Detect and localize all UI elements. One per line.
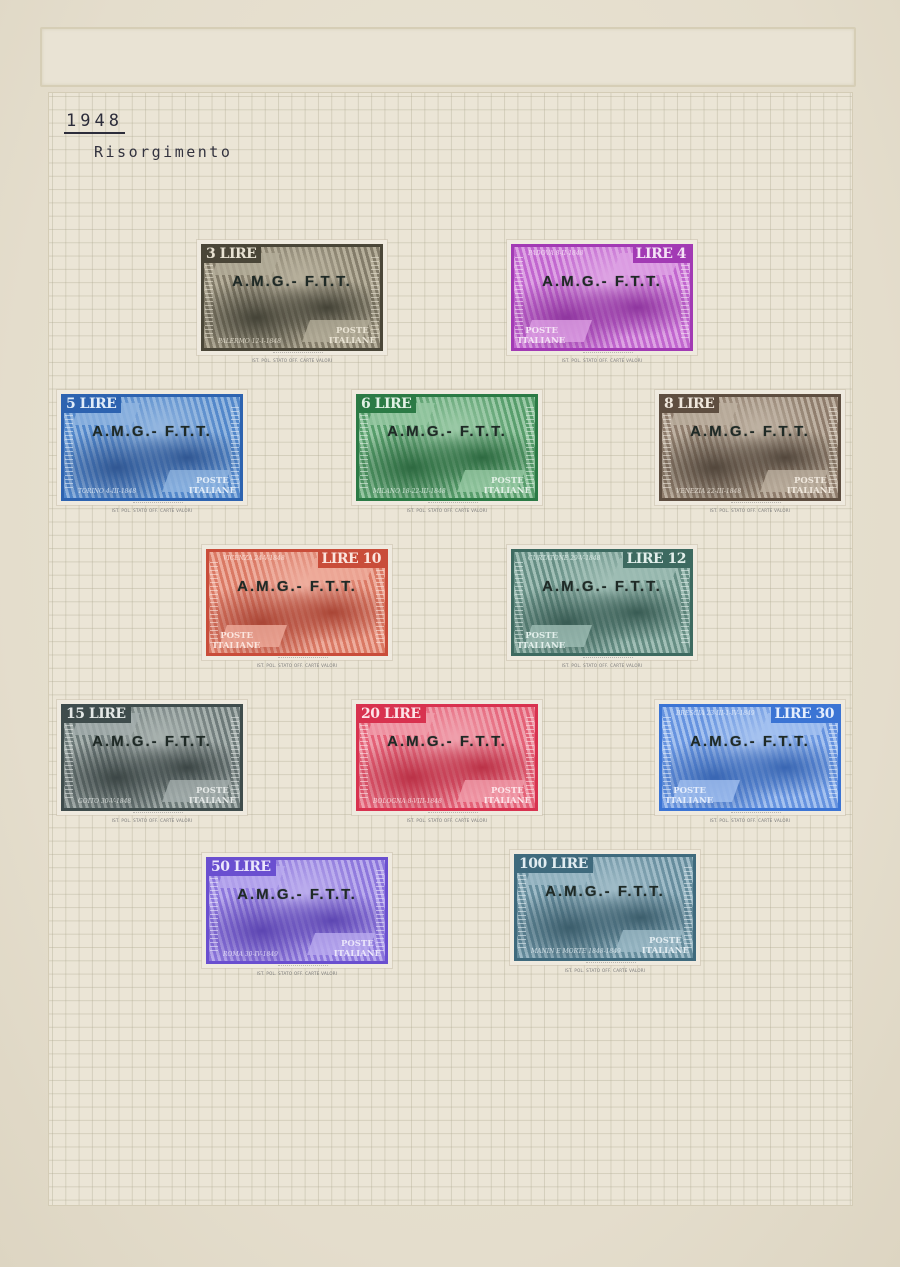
printer-imprint: IST. POL. STATO OFF. CARTE VALORI bbox=[655, 818, 845, 823]
side-inscription bbox=[663, 407, 671, 488]
stamp-value: LIRE 30 bbox=[771, 706, 839, 723]
title-strip bbox=[40, 27, 856, 87]
stamp-place-date: BOLOGNA 8-VIII-1848 bbox=[373, 798, 442, 805]
stamp[interactable]: 50 LIRE ROMA 30-IV-1849 POSTE ITALIANE A… bbox=[202, 853, 392, 968]
poste-italiane-label: POSTE ITALIANE bbox=[329, 326, 376, 346]
side-inscription bbox=[518, 867, 526, 948]
printer-imprint: IST. POL. STATO OFF. CARTE VALORI bbox=[507, 663, 697, 668]
stamp-value: 50 LIRE bbox=[208, 859, 276, 876]
amg-ftt-overprint: A.M.G.- F.T.T. bbox=[514, 273, 690, 290]
page-year: 1948 bbox=[64, 111, 125, 134]
quadrille-grid bbox=[48, 92, 853, 1206]
stamp[interactable]: 100 LIRE MANIN E MORTE 1848-1849 POSTE I… bbox=[510, 850, 700, 965]
stamp-place-date: VICENZA 24-V-1848 bbox=[223, 555, 285, 562]
poste-italiane-label: POSTE ITALIANE bbox=[666, 786, 713, 806]
printer-imprint: IST. POL. STATO OFF. CARTE VALORI bbox=[202, 663, 392, 668]
page-subtitle: Risorgimento bbox=[94, 143, 232, 161]
side-inscription bbox=[65, 717, 73, 798]
stamp[interactable]: LIRE 10 VICENZA 24-V-1848 POSTE ITALIANE… bbox=[202, 545, 392, 660]
stamp[interactable]: LIRE 30 BRESCIA 23-III-1-IV-1849 POSTE I… bbox=[655, 700, 845, 815]
amg-ftt-overprint: A.M.G.- F.T.T. bbox=[64, 423, 240, 440]
stamp-value: LIRE 12 bbox=[623, 551, 691, 568]
amg-ftt-overprint: A.M.G.- F.T.T. bbox=[209, 578, 385, 595]
poste-italiane-label: POSTE ITALIANE bbox=[189, 786, 236, 806]
stamp-value: 6 LIRE bbox=[358, 396, 416, 413]
printer-imprint: IST. POL. STATO OFF. CARTE VALORI bbox=[197, 358, 387, 363]
amg-ftt-overprint: A.M.G.- F.T.T. bbox=[517, 883, 693, 900]
amg-ftt-overprint: A.M.G.- F.T.T. bbox=[514, 578, 690, 595]
stamp[interactable]: 15 LIRE GOITO 30-V-1848 POSTE ITALIANE A… bbox=[57, 700, 247, 815]
stamp-place-date: BRESCIA 23-III-1-IV-1849 bbox=[676, 710, 755, 717]
poste-italiane-label: POSTE ITALIANE bbox=[484, 476, 531, 496]
printer-imprint: IST. POL. STATO OFF. CARTE VALORI bbox=[57, 818, 247, 823]
amg-ftt-overprint: A.M.G.- F.T.T. bbox=[64, 733, 240, 750]
stamp-place-date: ROMA 30-IV-1849 bbox=[223, 951, 278, 958]
side-inscription bbox=[205, 257, 213, 338]
stamp[interactable]: 6 LIRE MILANO 18-22-III-1848 POSTE ITALI… bbox=[352, 390, 542, 505]
stamp-value: LIRE 4 bbox=[633, 246, 691, 263]
stamp-value: 100 LIRE bbox=[516, 856, 593, 873]
poste-italiane-label: POSTE ITALIANE bbox=[518, 326, 565, 346]
poste-italiane-label: POSTE ITALIANE bbox=[334, 939, 381, 959]
stamp[interactable]: LIRE 12 CURTATONE 29-V-1848 POSTE ITALIA… bbox=[507, 545, 697, 660]
poste-italiane-label: POSTE ITALIANE bbox=[518, 631, 565, 651]
side-inscription bbox=[681, 257, 689, 338]
printer-imprint: IST. POL. STATO OFF. CARTE VALORI bbox=[352, 818, 542, 823]
poste-italiane-label: POSTE ITALIANE bbox=[484, 786, 531, 806]
stamp[interactable]: 20 LIRE BOLOGNA 8-VIII-1848 POSTE ITALIA… bbox=[352, 700, 542, 815]
stamp-place-date: TORINO 4-III-1848 bbox=[78, 488, 136, 495]
side-inscription bbox=[210, 870, 218, 951]
printer-imprint: IST. POL. STATO OFF. CARTE VALORI bbox=[510, 968, 700, 973]
printer-imprint: IST. POL. STATO OFF. CARTE VALORI bbox=[655, 508, 845, 513]
stamp-place-date: CURTATONE 29-V-1848 bbox=[528, 555, 601, 562]
stamp-place-date: VENEZIA 22-III-1848 bbox=[676, 488, 741, 495]
side-inscription bbox=[681, 562, 689, 643]
amg-ftt-overprint: A.M.G.- F.T.T. bbox=[359, 733, 535, 750]
poste-italiane-label: POSTE ITALIANE bbox=[213, 631, 260, 651]
poste-italiane-label: POSTE ITALIANE bbox=[189, 476, 236, 496]
album-page: 1948 Risorgimento 3 LIRE PALERMO 12-I-18… bbox=[0, 0, 900, 1267]
side-inscription bbox=[376, 562, 384, 643]
stamp-value: 3 LIRE bbox=[203, 246, 261, 263]
stamp-value: LIRE 10 bbox=[318, 551, 386, 568]
amg-ftt-overprint: A.M.G.- F.T.T. bbox=[662, 733, 838, 750]
stamp-place-date: MANIN E MORTE 1848-1849 bbox=[531, 948, 621, 955]
printer-imprint: IST. POL. STATO OFF. CARTE VALORI bbox=[57, 508, 247, 513]
poste-italiane-label: POSTE ITALIANE bbox=[787, 476, 834, 496]
stamp-value: 20 LIRE bbox=[358, 706, 426, 723]
stamp-place-date: GOITO 30-V-1848 bbox=[78, 798, 131, 805]
printer-imprint: IST. POL. STATO OFF. CARTE VALORI bbox=[202, 971, 392, 976]
printer-imprint: IST. POL. STATO OFF. CARTE VALORI bbox=[352, 508, 542, 513]
printer-imprint: IST. POL. STATO OFF. CARTE VALORI bbox=[507, 358, 697, 363]
stamp-place-date: PADOVA 8-II-1848 bbox=[528, 250, 584, 257]
stamp-value: 8 LIRE bbox=[661, 396, 719, 413]
stamp-place-date: MILANO 18-22-III-1848 bbox=[373, 488, 446, 495]
stamp-value: 5 LIRE bbox=[63, 396, 121, 413]
stamp[interactable]: 5 LIRE TORINO 4-III-1848 POSTE ITALIANE … bbox=[57, 390, 247, 505]
stamp[interactable]: 8 LIRE VENEZIA 22-III-1848 POSTE ITALIAN… bbox=[655, 390, 845, 505]
side-inscription bbox=[829, 717, 837, 798]
side-inscription bbox=[360, 717, 368, 798]
poste-italiane-label: POSTE ITALIANE bbox=[642, 936, 689, 956]
amg-ftt-overprint: A.M.G.- F.T.T. bbox=[209, 886, 385, 903]
stamp-value: 15 LIRE bbox=[63, 706, 131, 723]
amg-ftt-overprint: A.M.G.- F.T.T. bbox=[359, 423, 535, 440]
amg-ftt-overprint: A.M.G.- F.T.T. bbox=[662, 423, 838, 440]
stamp-place-date: PALERMO 12-I-1848 bbox=[218, 338, 281, 345]
side-inscription bbox=[360, 407, 368, 488]
stamp[interactable]: LIRE 4 PADOVA 8-II-1848 POSTE ITALIANE A… bbox=[507, 240, 697, 355]
side-inscription bbox=[65, 407, 73, 488]
stamp[interactable]: 3 LIRE PALERMO 12-I-1848 POSTE ITALIANE … bbox=[197, 240, 387, 355]
amg-ftt-overprint: A.M.G.- F.T.T. bbox=[204, 273, 380, 290]
